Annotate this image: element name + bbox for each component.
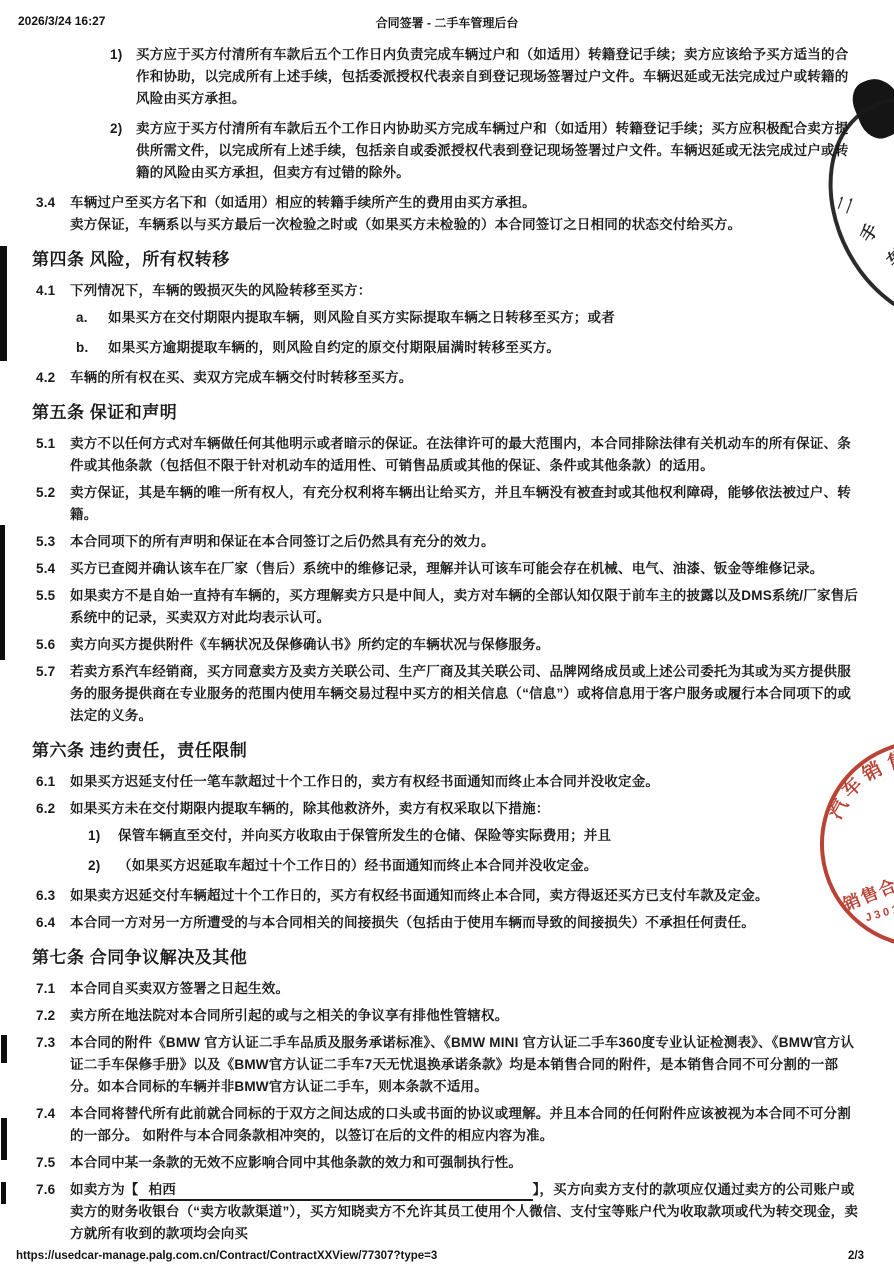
clause-line: 本合同自买卖双方签署之日起生效。	[70, 981, 289, 996]
clause-row: 5.2卖方保证，其是车辆的唯一所有权人，有充分权利将车辆出让给买方，并且车辆没有…	[0, 482, 862, 526]
clause-text: 如果卖方迟延交付车辆超过十个工作日的，买方有权经书面通知而终止本合同，卖方得返还…	[70, 885, 862, 907]
clause-number: 5.2	[36, 482, 70, 504]
clause-text: 卖方保证，其是车辆的唯一所有权人，有充分权利将车辆出让给买方，并且车辆没有被查封…	[70, 482, 862, 526]
scan-artifact	[1, 1118, 7, 1160]
clause-row: 6.3如果卖方迟延交付车辆超过十个工作日的，买方有权经书面通知而终止本合同，卖方…	[0, 885, 862, 907]
clause-text: （如果买方迟延取车超过十个工作日的）经书面通知而终止本合同并没收定金。	[118, 855, 862, 877]
fill-in-blank: 柏西	[139, 1180, 533, 1201]
clause-row: 5.4买方已查阅并确认该车在厂家（售后）系统中的维修记录，理解并认可该车可能会存…	[0, 558, 862, 580]
clause-text: 如果买方未在交付期限内提取车辆的，除其他救济外，卖方有权采取以下措施：	[70, 798, 862, 820]
clause-text: 卖方应于买方付清所有车款后五个工作日内协助买方完成车辆过户和（如适用）转籍登记手…	[136, 118, 862, 184]
clause-row: 4.2车辆的所有权在买、卖双方完成车辆交付时转移至买方。	[0, 367, 862, 389]
clause-row: 7.6如卖方为【柏西】，买方向卖方支付的款项应仅通过卖方的公司账户或卖方的财务收…	[0, 1179, 862, 1242]
clause-number: 7.4	[36, 1103, 70, 1125]
clause-line: 如果买方未在交付期限内提取车辆的，除其他救济外，卖方有权采取以下措施：	[70, 801, 550, 816]
clause-text: 如卖方为【柏西】，买方向卖方支付的款项应仅通过卖方的公司账户或卖方的财务收银台（…	[70, 1179, 862, 1242]
clause-text: 若卖方系汽车经销商，买方同意卖方及卖方关联公司、生产厂商及其关联公司、品牌网络成…	[70, 661, 862, 727]
section-heading: 第四条 风险，所有权转移	[0, 248, 862, 272]
clause-text: 车辆过户至买方名下和（如适用）相应的转籍手续所产生的费用由买方承担。卖方保证，车…	[70, 192, 862, 236]
clause-row: 6.4本合同一方对另一方所遭受的与本合同相关的间接损失（包括由于使用车辆而导致的…	[0, 912, 862, 934]
clause-line: 如果卖方不是自始一直持有车辆的，买方理解卖方只是中间人，卖方对车辆的全部认知仅限…	[70, 588, 858, 625]
clause-row: 7.5本合同中某一条款的无效不应影响合同中其他条款的效力和可强制执行性。	[0, 1152, 862, 1174]
clause-line: 买方应于买方付清所有车款后五个工作日内负责完成车辆过户和（如适用）转籍登记手续；…	[136, 47, 848, 106]
clause-text: 买方已查阅并确认该车在厂家（售后）系统中的维修记录，理解并认可该车可能会存在机械…	[70, 558, 862, 580]
clause-text: 本合同的附件《BMW 官方认证二手车品质及服务承诺标准》、《BMW MINI 官…	[70, 1032, 862, 1098]
clause-number: 7.5	[36, 1152, 70, 1174]
clause-number: 4.1	[36, 280, 70, 302]
clause-line: 本合同一方对另一方所遭受的与本合同相关的间接损失（包括由于使用车辆而导致的间接损…	[70, 915, 755, 930]
clause-row: 1)保管车辆直至交付，并向买方收取由于保管所发生的仓储、保险等实际费用；并且	[0, 825, 862, 847]
clause-line: 本合同项下的所有声明和保证在本合同签订之后仍然具有充分的效力。	[70, 534, 495, 549]
clause-line: 保管车辆直至交付，并向买方收取由于保管所发生的仓储、保险等实际费用；并且	[118, 828, 611, 843]
clause-number: b.	[76, 337, 108, 359]
clause-text: 如果买方逾期提取车辆的，则风险自约定的原交付期限届满时转移至买方。	[108, 337, 862, 359]
print-url: https://usedcar-manage.palg.com.cn/Contr…	[16, 1250, 437, 1262]
clause-text: 本合同项下的所有声明和保证在本合同签订之后仍然具有充分的效力。	[70, 531, 862, 553]
section-heading-text: 第五条 保证和声明	[32, 401, 177, 425]
clause-text: 如果买方迟延支付任一笔车款超过十个工作日的，卖方有权经书面通知而终止本合同并没收…	[70, 771, 862, 793]
clause-number: 5.7	[36, 661, 70, 683]
clause-line: 车辆的所有权在买、卖双方完成车辆交付时转移至买方。	[70, 370, 413, 385]
clause-text: 本合同自买卖双方签署之日起生效。	[70, 978, 862, 1000]
clause-row: 6.2如果买方未在交付期限内提取车辆的，除其他救济外，卖方有权采取以下措施：	[0, 798, 862, 820]
clause-row: 5.1卖方不以任何方式对车辆做任何其他明示或者暗示的保证。在法律许可的最大范围内…	[0, 433, 862, 477]
clause-number: 1)	[110, 44, 136, 66]
clause-row: 5.6卖方向买方提供附件《车辆状况及保修确认书》所约定的车辆状况与保修服务。	[0, 634, 862, 656]
clause-text: 本合同一方对另一方所遭受的与本合同相关的间接损失（包括由于使用车辆而导致的间接损…	[70, 912, 862, 934]
clause-line: 下列情况下，车辆的毁损灭失的风险转移至买方：	[70, 283, 371, 298]
scan-artifact	[1, 1035, 7, 1063]
clause-number: a.	[76, 307, 108, 329]
clause-row: 5.3本合同项下的所有声明和保证在本合同签订之后仍然具有充分的效力。	[0, 531, 862, 553]
clause-line: 卖方保证，车辆系以与买方最后一次检验之时或（如果买方未检验的）本合同签订之日相同…	[70, 217, 741, 232]
section-heading: 第六条 违约责任，责任限制	[0, 739, 862, 763]
clause-line: 本合同将替代所有此前就合同标的于双方之间达成的口头或书面的协议或理解。并且本合同…	[70, 1106, 851, 1143]
clause-text: 买方应于买方付清所有车款后五个工作日内负责完成车辆过户和（如适用）转籍登记手续；…	[136, 44, 862, 110]
clause-row: b.如果买方逾期提取车辆的，则风险自约定的原交付期限届满时转移至买方。	[0, 337, 862, 359]
clause-row: 3.4车辆过户至买方名下和（如适用）相应的转籍手续所产生的费用由买方承担。卖方保…	[0, 192, 862, 236]
clause-number: 7.1	[36, 978, 70, 1000]
clause-row: 7.4本合同将替代所有此前就合同标的于双方之间达成的口头或书面的协议或理解。并且…	[0, 1103, 862, 1147]
scan-artifact	[0, 246, 7, 361]
clause-row: 5.7若卖方系汽车经销商，买方同意卖方及卖方关联公司、生产厂商及其关联公司、品牌…	[0, 661, 862, 727]
clause-line: 如果买方在交付期限内提取车辆，则风险自买方实际提取车辆之日转移至买方；或者	[108, 310, 615, 325]
clause-number: 5.6	[36, 634, 70, 656]
clause-row: 7.2卖方所在地法院对本合同所引起的或与之相关的争议享有排他性管辖权。	[0, 1005, 862, 1027]
clause-text: 如果买方在交付期限内提取车辆，则风险自买方实际提取车辆之日转移至买方；或者	[108, 307, 862, 329]
clause-number: 5.1	[36, 433, 70, 455]
clause-number: 3.4	[36, 192, 70, 214]
clause-row: 2)（如果买方迟延取车超过十个工作日的）经书面通知而终止本合同并没收定金。	[0, 855, 862, 877]
page-indicator: 2/3	[848, 1250, 864, 1262]
clause-number: 2)	[88, 855, 118, 877]
clause-number: 7.3	[36, 1032, 70, 1054]
clause-number: 5.3	[36, 531, 70, 553]
clause-line: 车辆过户至买方名下和（如适用）相应的转籍手续所产生的费用由买方承担。	[70, 195, 536, 210]
clause-line: 卖方应于买方付清所有车款后五个工作日内协助买方完成车辆过户和（如适用）转籍登记手…	[136, 121, 848, 180]
clause-text: 保管车辆直至交付，并向买方收取由于保管所发生的仓储、保险等实际费用；并且	[118, 825, 862, 847]
clause-line: 如果买方迟延支付任一笔车款超过十个工作日的，卖方有权经书面通知而终止本合同并没收…	[70, 774, 659, 789]
clause-text: 卖方向买方提供附件《车辆状况及保修确认书》所约定的车辆状况与保修服务。	[70, 634, 862, 656]
printed-contract-page: 2026/3/24 16:27 合同签署 - 二手车管理后台 1)买方应于买方付…	[0, 0, 894, 1280]
clause-text: 卖方不以任何方式对车辆做任何其他明示或者暗示的保证。在法律许可的最大范围内，本合…	[70, 433, 862, 477]
clause-number: 6.3	[36, 885, 70, 907]
clause-text: 如果卖方不是自始一直持有车辆的，买方理解卖方只是中间人，卖方对车辆的全部认知仅限…	[70, 585, 862, 629]
clause-row: 7.3本合同的附件《BMW 官方认证二手车品质及服务承诺标准》、《BMW MIN…	[0, 1032, 862, 1098]
clause-number: 7.6	[36, 1179, 70, 1201]
section-heading-text: 第六条 违约责任，责任限制	[32, 739, 247, 763]
clause-number: 7.2	[36, 1005, 70, 1027]
clause-text: 卖方所在地法院对本合同所引起的或与之相关的争议享有排他性管辖权。	[70, 1005, 862, 1027]
clause-line: 本合同的附件《BMW 官方认证二手车品质及服务承诺标准》、《BMW MINI 官…	[70, 1035, 854, 1094]
print-page-title: 合同签署 - 二手车管理后台	[0, 14, 894, 31]
clause-text: 车辆的所有权在买、卖双方完成车辆交付时转移至买方。	[70, 367, 862, 389]
print-header: 2026/3/24 16:27 合同签署 - 二手车管理后台	[0, 12, 894, 32]
clause-row: 6.1如果买方迟延支付任一笔车款超过十个工作日的，卖方有权经书面通知而终止本合同…	[0, 771, 862, 793]
clause-number: 6.2	[36, 798, 70, 820]
clause-text: 下列情况下，车辆的毁损灭失的风险转移至买方：	[70, 280, 862, 302]
clause-text: 本合同中某一条款的无效不应影响合同中其他条款的效力和可强制执行性。	[70, 1152, 862, 1174]
clause-line: 如果卖方迟延交付车辆超过十个工作日的，买方有权经书面通知而终止本合同，卖方得返还…	[70, 888, 769, 903]
contract-body: 1)买方应于买方付清所有车款后五个工作日内负责完成车辆过户和（如适用）转籍登记手…	[0, 44, 894, 1242]
clause-row: 4.1下列情况下，车辆的毁损灭失的风险转移至买方：	[0, 280, 862, 302]
clause-number: 5.4	[36, 558, 70, 580]
clause-number: 5.5	[36, 585, 70, 607]
clause-number: 6.4	[36, 912, 70, 934]
clause-line: 如果买方逾期提取车辆的，则风险自约定的原交付期限届满时转移至买方。	[108, 340, 560, 355]
section-heading: 第五条 保证和声明	[0, 401, 862, 425]
clause-row: a.如果买方在交付期限内提取车辆，则风险自买方实际提取车辆之日转移至买方；或者	[0, 307, 862, 329]
clause-row: 7.1本合同自买卖双方签署之日起生效。	[0, 978, 862, 1000]
clause-line: 买方已查阅并确认该车在厂家（售后）系统中的维修记录，理解并认可该车可能会存在机械…	[70, 561, 824, 576]
clause-number: 2)	[110, 118, 136, 140]
clause-row: 2)卖方应于买方付清所有车款后五个工作日内协助买方完成车辆过户和（如适用）转籍登…	[0, 118, 862, 184]
clause-line: 若卖方系汽车经销商，买方同意卖方及卖方关联公司、生产厂商及其关联公司、品牌网络成…	[70, 664, 851, 723]
clause-number: 6.1	[36, 771, 70, 793]
clause-row: 1)买方应于买方付清所有车款后五个工作日内负责完成车辆过户和（如适用）转籍登记手…	[0, 44, 862, 110]
clause-line: 卖方向买方提供附件《车辆状况及保修确认书》所约定的车辆状况与保修服务。	[70, 637, 550, 652]
clause-number: 1)	[88, 825, 118, 847]
scan-artifact	[0, 525, 5, 660]
clause-number: 4.2	[36, 367, 70, 389]
clause-line: 卖方不以任何方式对车辆做任何其他明示或者暗示的保证。在法律许可的最大范围内，本合…	[70, 436, 851, 473]
clause-line: 卖方保证，其是车辆的唯一所有权人，有充分权利将车辆出让给买方，并且车辆没有被查封…	[70, 485, 851, 522]
section-heading-text: 第七条 合同争议解决及其他	[32, 946, 247, 970]
section-heading: 第七条 合同争议解决及其他	[0, 946, 862, 970]
clause-line: 如卖方为【	[70, 1182, 139, 1197]
clause-line: （如果买方迟延取车超过十个工作日的）经书面通知而终止本合同并没收定金。	[118, 858, 598, 873]
clause-line: 卖方所在地法院对本合同所引起的或与之相关的争议享有排他性管辖权。	[70, 1008, 508, 1023]
scan-artifact	[1, 1182, 6, 1204]
clause-line: 本合同中某一条款的无效不应影响合同中其他条款的效力和可强制执行性。	[70, 1155, 522, 1170]
section-heading-text: 第四条 风险，所有权转移	[32, 248, 230, 272]
clause-text: 本合同将替代所有此前就合同标的于双方之间达成的口头或书面的协议或理解。并且本合同…	[70, 1103, 862, 1147]
clause-row: 5.5如果卖方不是自始一直持有车辆的，买方理解卖方只是中间人，卖方对车辆的全部认…	[0, 585, 862, 629]
print-footer: https://usedcar-manage.palg.com.cn/Contr…	[0, 1250, 894, 1268]
